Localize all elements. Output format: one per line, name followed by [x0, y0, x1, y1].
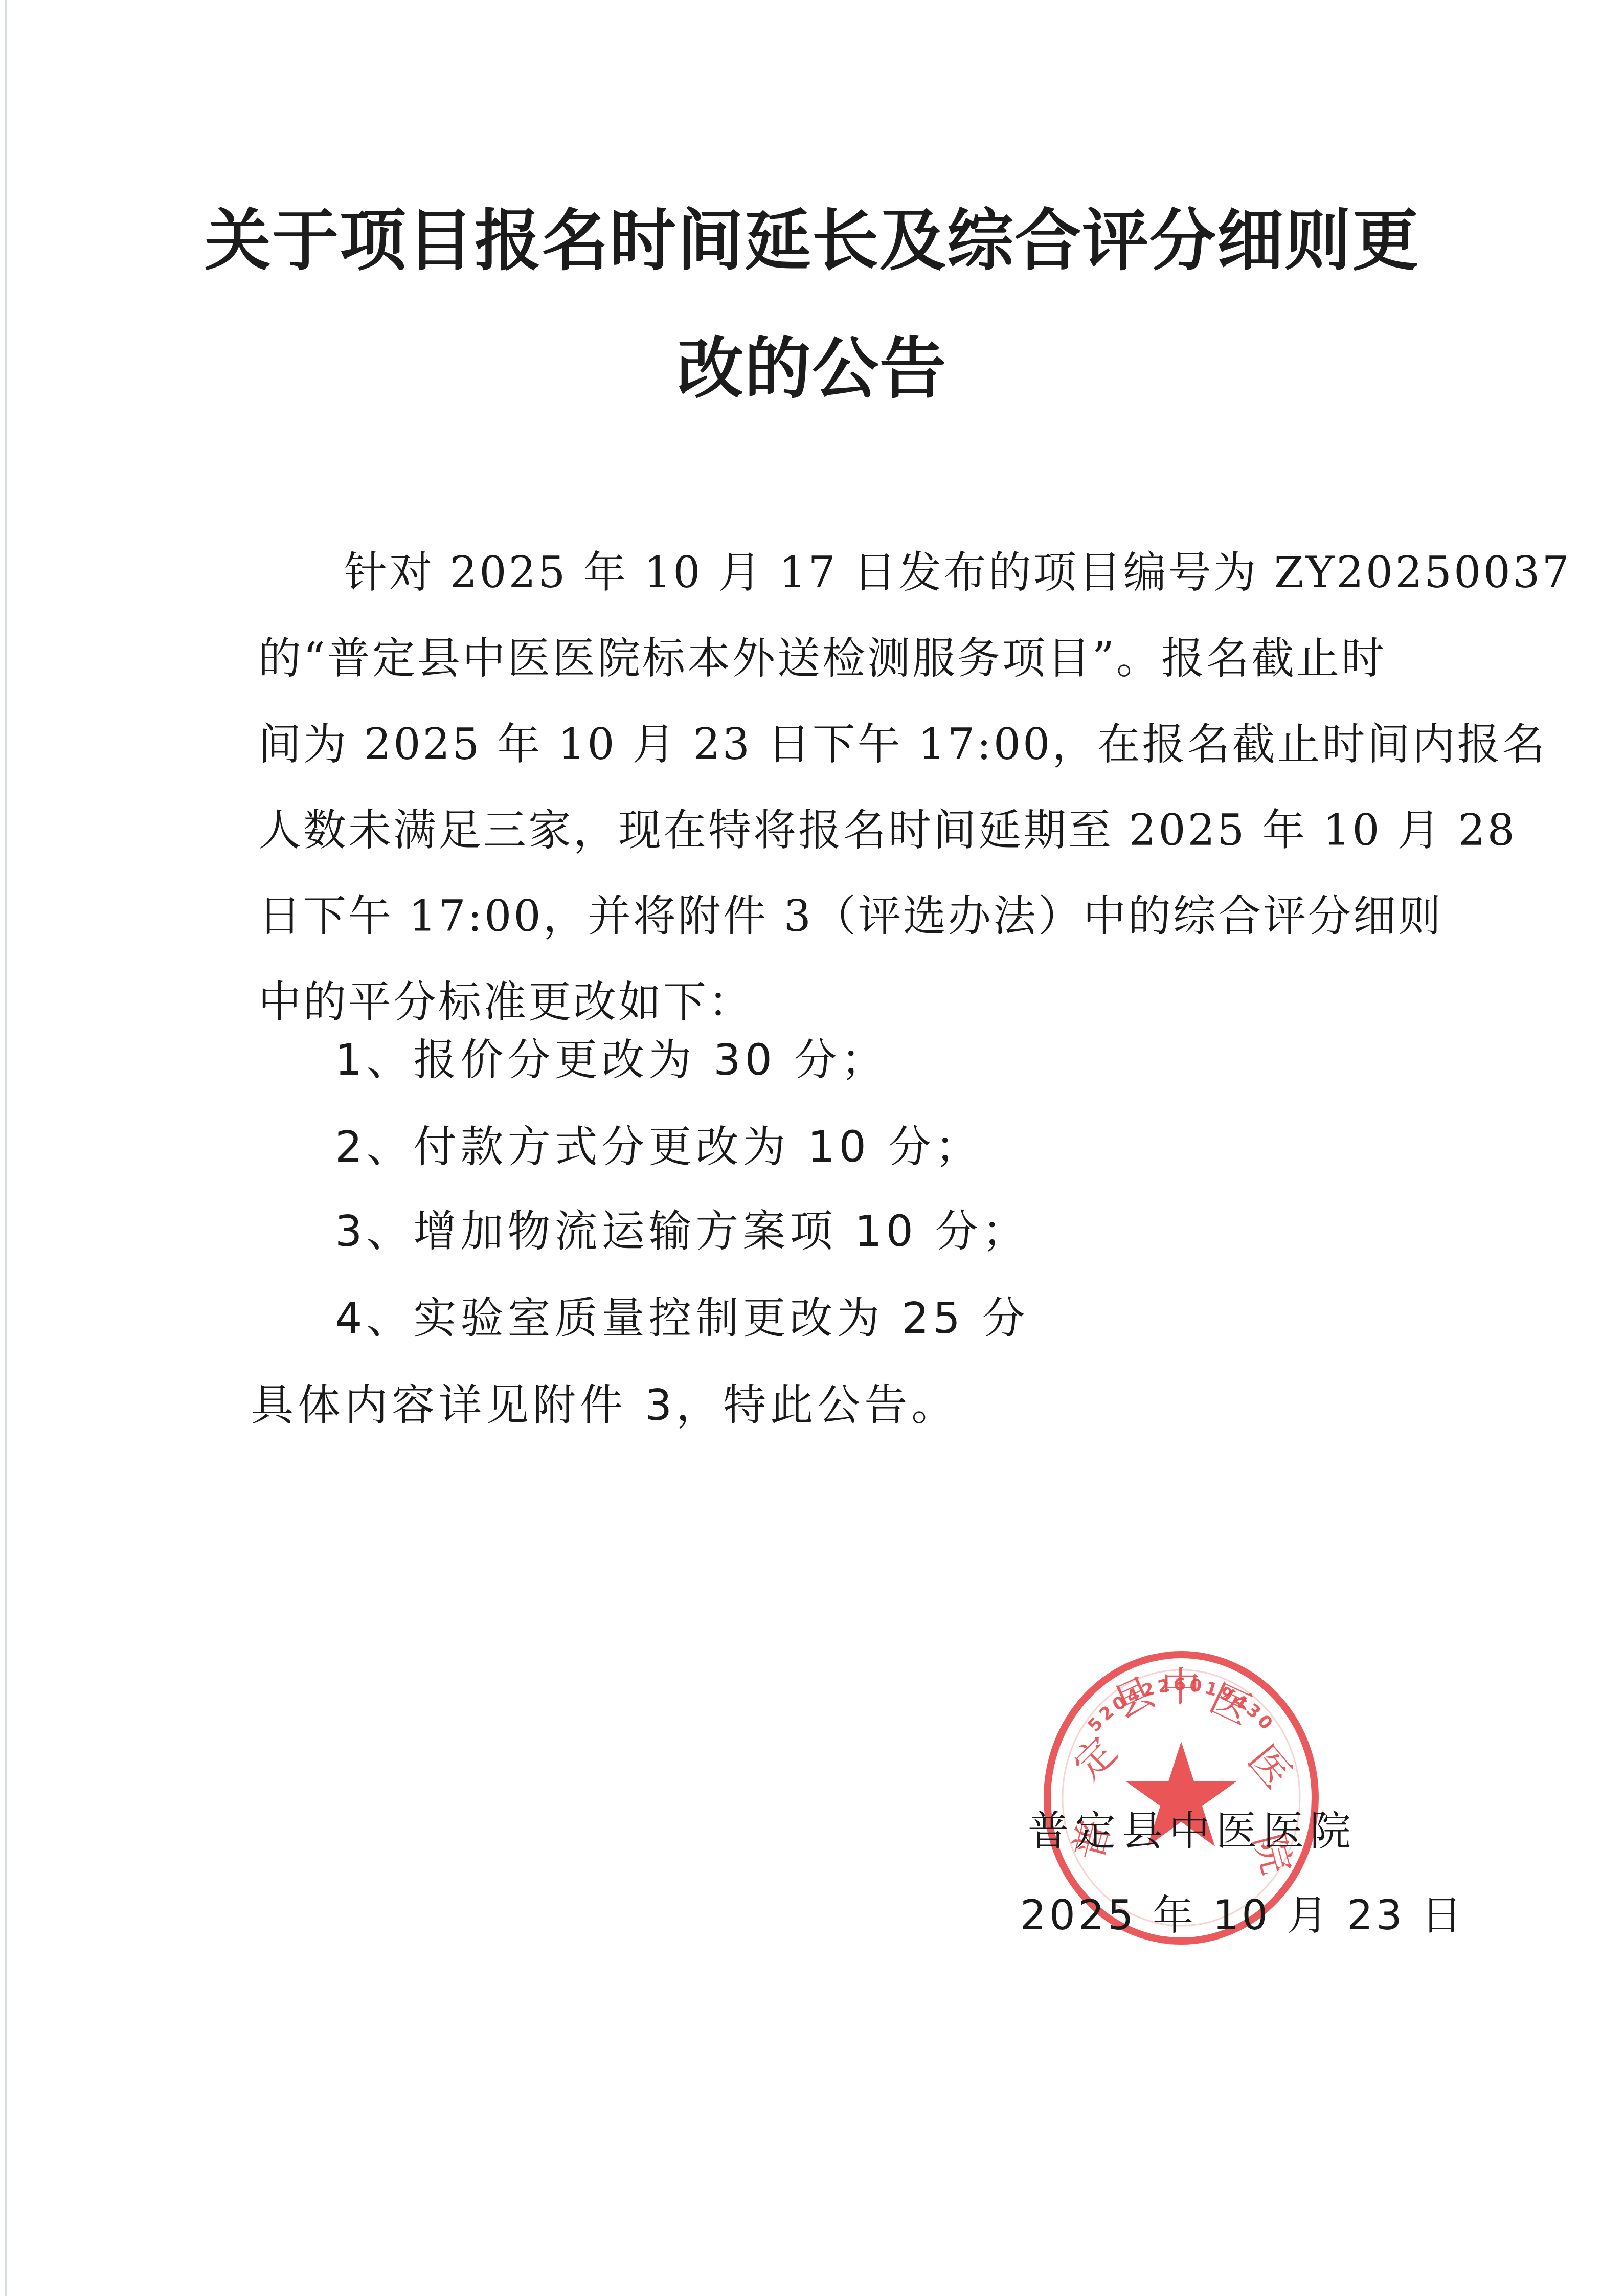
closing-statement: 具体内容详见附件 3，特此公告。 — [251, 1384, 958, 1426]
svg-text:医: 医 — [1239, 1737, 1300, 1797]
body-line-2: 的“普定县中医医院标本外送检测服务项目”。报名截止时 — [258, 615, 1383, 701]
svg-text:定: 定 — [1065, 1728, 1126, 1789]
list-item-4: 4、实验室质量控制更改为 25 分 — [335, 1297, 1029, 1340]
body-line-5: 日下午 17:00，并将附件 3（评选办法）中的综合评分细则 — [258, 873, 1383, 959]
document-title-line-1: 关于项目报名时间延长及综合评分细则更 — [0, 207, 1624, 274]
list-item-2: 2、付款方式分更改为 10 分； — [335, 1125, 982, 1168]
body-paragraph: 针对 2025 年 10 月 17 日发布的项目编号为 ZY20250037 的… — [258, 529, 1383, 1045]
document-title-line-2: 改的公告 — [0, 335, 1624, 402]
body-line-6: 中的平分标准更改如下： — [258, 959, 1383, 1045]
body-line-3: 间为 2025 年 10 月 23 日下午 17:00，在报名截止时间内报名 — [258, 701, 1383, 787]
signature-date: 2025 年 10 月 23 日 — [1020, 1895, 1465, 1936]
body-line-1: 针对 2025 年 10 月 17 日发布的项目编号为 ZY20250037 — [258, 529, 1383, 615]
list-item-1: 1、报价分更改为 30 分； — [335, 1038, 888, 1081]
signature-organization: 普定县中医医院 — [1028, 1811, 1357, 1852]
body-line-4: 人数未满足三家，现在特将报名时间延期至 2025 年 10 月 28 — [258, 787, 1383, 873]
list-item-3: 3、增加物流运输方案项 10 分； — [335, 1210, 1029, 1253]
